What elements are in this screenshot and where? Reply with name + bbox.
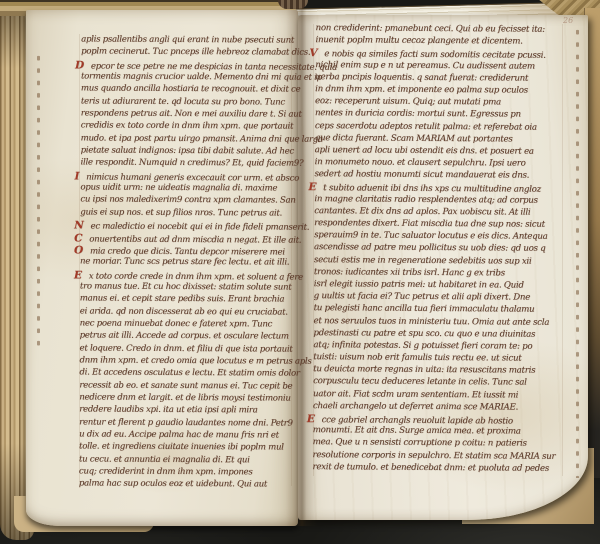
rubric-initial: E xyxy=(307,413,315,425)
manuscript-text-line: Nec maledictio ei nocebit qui ei in fide… xyxy=(80,221,296,234)
pricking-holes-right xyxy=(576,26,579,478)
manuscript-text-line: ne moriar. Tunc scs petrus stare fec lec… xyxy=(80,258,296,271)
manuscript-photo: aplis psallentibs angli qui erant in nub… xyxy=(0,0,600,544)
rubric-initial: D xyxy=(75,59,84,71)
rubric-initial: E xyxy=(74,269,82,281)
rubric-initial: O xyxy=(74,244,83,256)
manuscript-text-line: poplm cecinerut. Tuc pnceps ille hebreoz… xyxy=(81,48,297,61)
left-page-text-block: aplis psallentibs angli qui erant in nub… xyxy=(79,35,297,493)
pricking-holes-left xyxy=(37,52,40,350)
manuscript-text-line: guis ei sup nos. et sup filios nros. Tun… xyxy=(80,208,296,221)
manuscript-text-line: rexit de tumulo. et benedicebat dnm: et … xyxy=(312,463,564,477)
folio-number: 26 xyxy=(563,16,573,25)
rubric-initial: V xyxy=(309,47,317,59)
manuscript-text-line: Conuertentibs aut ad dnm miscdia n negat… xyxy=(80,233,296,246)
rubric-initial: I xyxy=(74,170,79,182)
rubric-initial: N xyxy=(74,220,83,232)
rubric-initial: E xyxy=(308,182,316,194)
manuscript-text-line: palma hac sup oculos eoz et uidebunt. Qu… xyxy=(79,480,295,493)
right-page-text-block: non crediderint: pmanebunt ceci. Qui ab … xyxy=(312,24,567,477)
manuscript-text-line: ille respondit. Numquid n credimus? Et, … xyxy=(80,159,296,172)
rubric-initial: C xyxy=(74,232,82,244)
